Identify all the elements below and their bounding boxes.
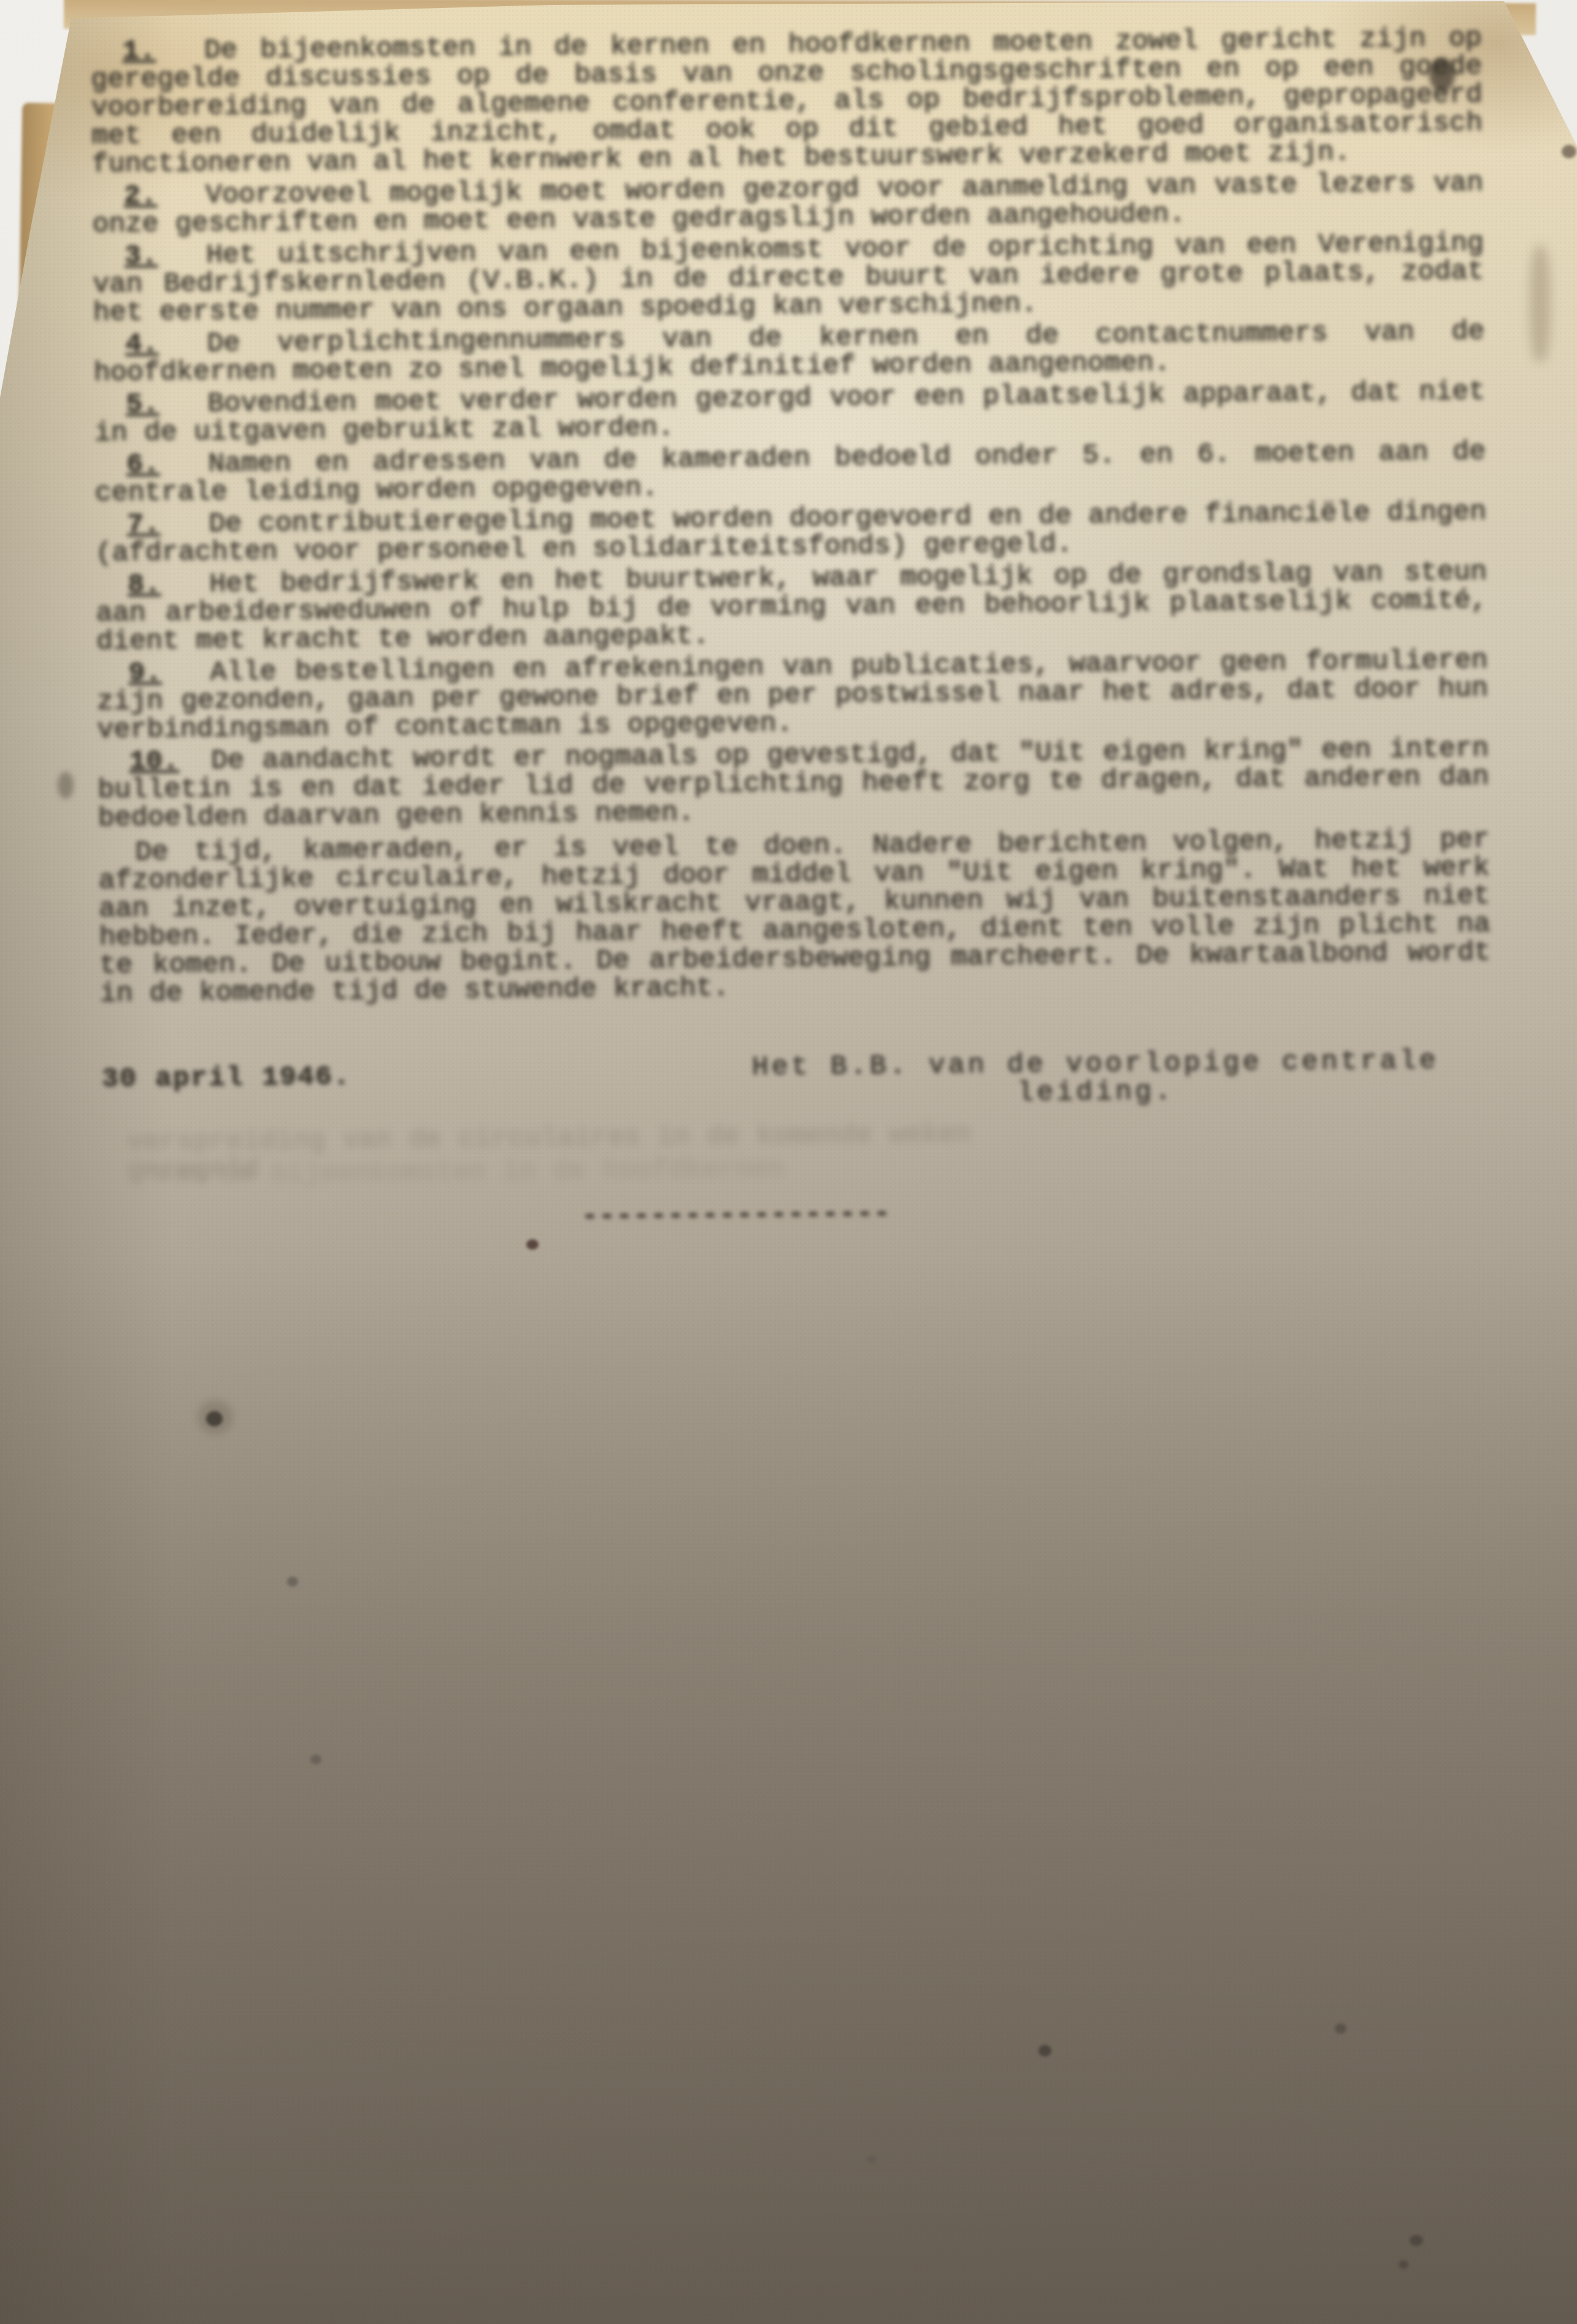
photographed-document: 1.De bijeenkomsten in de kernen en hoofd…: [0, 0, 1577, 2324]
paragraph-item: 10.De aandacht wordt er nogmaals op geve…: [98, 735, 1489, 833]
paragraph-text: Het bedrijfswerk en het buurtwerk, waar …: [96, 556, 1487, 658]
typed-divider: ------------------: [581, 1199, 891, 1231]
paragraph-item: 8.Het bedrijfswerk en het buurtwerk, waa…: [96, 558, 1487, 656]
ink-speck: [1410, 2235, 1423, 2246]
ink-speck: [1399, 2260, 1408, 2269]
paragraph-item: 4.De verplichtingennummers van de kernen…: [93, 318, 1485, 388]
paragraph-number: 3.: [125, 242, 158, 271]
paragraph-item: 9.Alle bestellingen en afrekeningen van …: [96, 647, 1488, 745]
ghost-bleed-text: van de bijeenkomsten in de hoofdkernen: [155, 1154, 921, 1190]
closing-paragraph: De tijd, kameraden, er is veel te doen. …: [98, 826, 1491, 1009]
paragraph-text: Alle bestellingen en afrekeningen van pu…: [97, 645, 1488, 746]
paragraph-text: De aandacht wordt er nogmaals op gevesti…: [98, 733, 1489, 834]
numbered-paragraph-list: 1.De bijeenkomsten in de kernen en hoofd…: [90, 25, 1491, 1012]
ink-speck: [287, 1577, 298, 1587]
ink-speck: [1038, 2045, 1051, 2057]
ink-speck: [1335, 2023, 1346, 2034]
paragraph-text: Het uitschrijven van een bijeenkomst voo…: [93, 228, 1484, 329]
ink-speck: [310, 1755, 321, 1764]
ink-speck: [867, 2155, 877, 2164]
paragraph-number: 1.: [122, 37, 155, 66]
typewritten-text: 1.De bijeenkomsten in de kernen en hoofd…: [0, 0, 1577, 1413]
paragraph-item: 2.Voorzoveel mogelijk moet worden gezorg…: [92, 169, 1484, 239]
paragraph-number: 2.: [124, 182, 157, 210]
paragraph-number: 5.: [126, 390, 159, 419]
paragraph-item: 1.De bijeenkomsten in de kernen en hoofd…: [90, 25, 1483, 179]
ink-speck: [206, 1411, 223, 1426]
signature-block: Het B.B. van de voorlopige centrale leid…: [733, 1047, 1457, 1110]
paragraph-item: 6.Namen en adressen van de kameraden bed…: [94, 438, 1486, 508]
paragraph-number: 6.: [126, 450, 159, 479]
date-line: 30 april 1946.: [102, 1063, 351, 1093]
paragraph-item: 5.Bovendien moet verder worden gezorgd v…: [94, 378, 1486, 448]
paragraph-item: 7.De contributieregeling moet worden doo…: [95, 498, 1487, 568]
paragraph-number: 9.: [128, 659, 161, 688]
paragraph-number: 4.: [125, 330, 158, 359]
paragraph-text: De bijeenkomsten in de kernen en hoofdke…: [91, 23, 1483, 180]
paragraph-number: 7.: [127, 510, 160, 539]
paragraph-number: 10.: [129, 747, 179, 776]
paragraph-number: 8.: [128, 571, 161, 599]
paragraph-item: 3.Het uitschrijven van een bijeenkomst v…: [93, 229, 1484, 328]
